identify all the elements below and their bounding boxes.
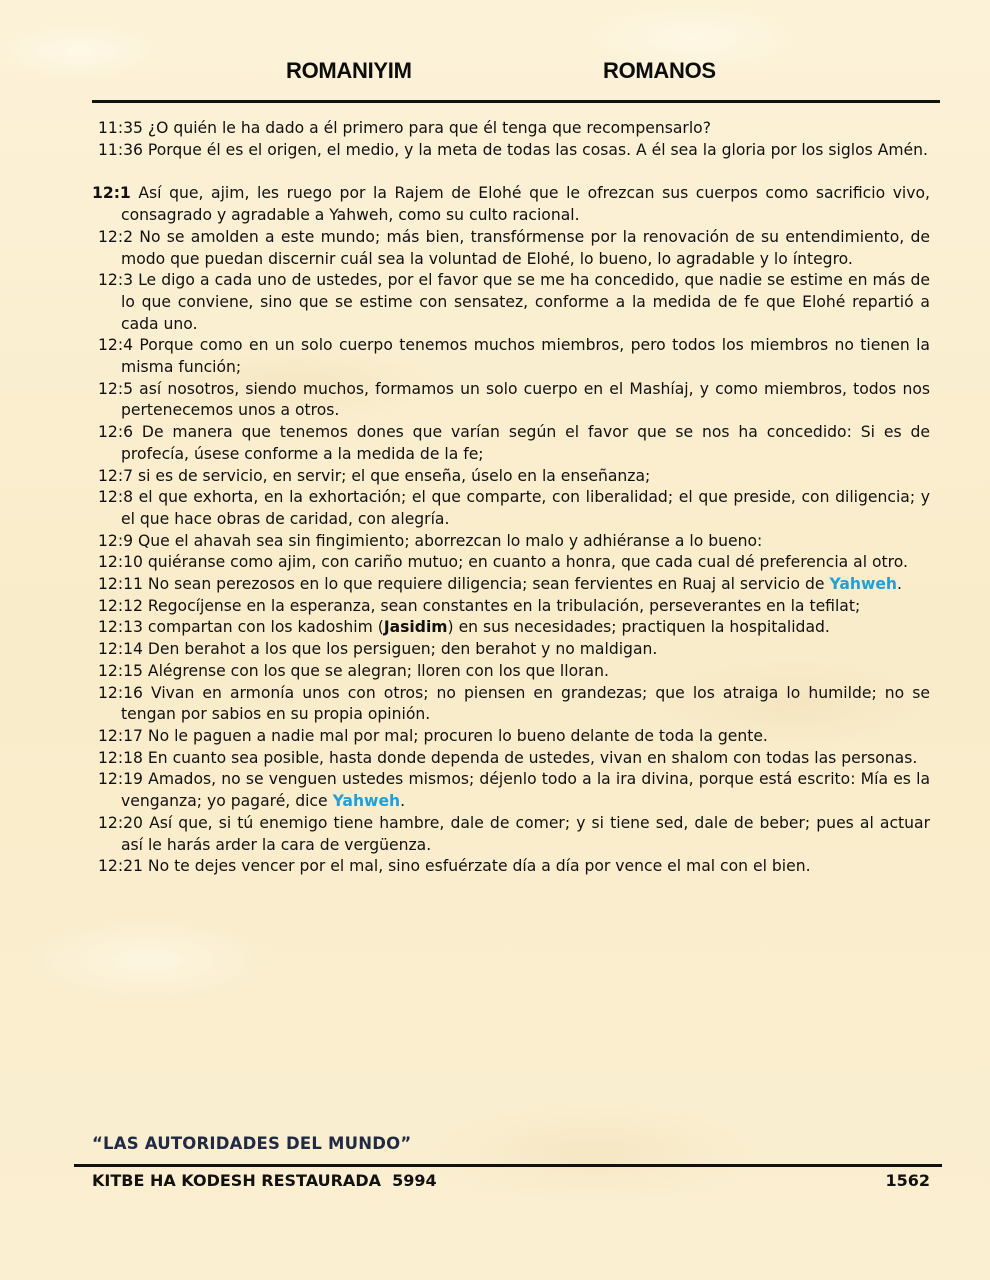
verse-text: Porque él es el origen, el medio, y la m… <box>143 141 928 159</box>
verse-12-18: 12:18 En cuanto sea posible, hasta donde… <box>98 748 930 770</box>
verse-text: Que el ahavah sea sin fingimiento; aborr… <box>133 532 762 550</box>
footer-divider <box>74 1164 942 1167</box>
book-title-hebrew: ROMANIYIM <box>286 58 412 84</box>
verse-12-21: 12:21 No te dejes vencer por el mal, sin… <box>98 856 930 878</box>
verse-ref: 12:7 <box>98 467 133 485</box>
verse-text: De manera que tenemos dones que varían s… <box>121 423 930 463</box>
verse-ref: 11:35 <box>98 119 143 137</box>
verse-ref: 12:14 <box>98 640 143 658</box>
verse-text-end: . <box>897 575 902 593</box>
verse-11-36: 11:36 Porque él es el origen, el medio, … <box>98 140 930 162</box>
verse-12-1: 12:1 Así que, ajim, les ruego por la Raj… <box>92 183 930 226</box>
verse-12-14: 12:14 Den berahot a los que los persigue… <box>98 639 930 661</box>
verse-ref: 12:9 <box>98 532 133 550</box>
verse-12-5: 12:5 así nosotros, siendo muchos, formam… <box>98 379 930 422</box>
verse-12-19: 12:19 Amados, no se venguen ustedes mism… <box>98 769 930 812</box>
header-divider <box>92 100 940 103</box>
verse-12-6: 12:6 De manera que tenemos dones que var… <box>98 422 930 465</box>
footer-book-title: KITBE HA KODESH RESTAURADA 5994 <box>92 1171 437 1190</box>
verse-text: quiéranse como ajim, con cariño mutuo; e… <box>143 553 908 571</box>
verse-12-10: 12:10 quiéranse como ajim, con cariño mu… <box>98 552 930 574</box>
divine-name-highlight: Yahweh <box>829 575 897 593</box>
verse-12-3: 12:3 Le digo a cada uno de ustedes, por … <box>98 270 930 335</box>
verse-ref: 12:13 <box>98 618 143 636</box>
verse-text: En cuanto sea posible, hasta donde depen… <box>143 749 917 767</box>
verse-12-15: 12:15 Alégrense con los que se alegran; … <box>98 661 930 683</box>
verse-text: No se amolden a este mundo; más bien, tr… <box>121 228 930 268</box>
verse-text: así nosotros, siendo muchos, formamos un… <box>121 380 930 420</box>
verse-text: No sean perezosos en lo que requiere dil… <box>143 575 830 593</box>
verse-text: ¿O quién le ha dado a él primero para qu… <box>143 119 711 137</box>
verse-ref: 12:4 <box>98 336 133 354</box>
chapter-start-ref: 12:1 <box>92 184 131 202</box>
verse-12-17: 12:17 No le paguen a nadie mal por mal; … <box>98 726 930 748</box>
verse-ref: 12:18 <box>98 749 143 767</box>
verse-ref: 12:20 <box>98 814 143 832</box>
verse-text-end: . <box>400 792 405 810</box>
verse-ref: 12:15 <box>98 662 143 680</box>
verse-text: Amados, no se venguen ustedes mismos; dé… <box>121 770 930 810</box>
verse-text: si es de servicio, en servir; el que ens… <box>133 467 650 485</box>
verse-text: No le paguen a nadie mal por mal; procur… <box>143 727 768 745</box>
verse-12-9: 12:9 Que el ahavah sea sin fingimiento; … <box>98 531 930 553</box>
verse-ref: 12:12 <box>98 597 143 615</box>
verse-12-13: 12:13 compartan con los kadoshim (Jasidi… <box>98 617 930 639</box>
verse-ref: 12:2 <box>98 228 133 246</box>
page-number: 1562 <box>885 1171 930 1190</box>
verse-11-35: 11:35 ¿O quién le ha dado a él primero p… <box>98 118 930 140</box>
verse-text: No te dejes vencer por el mal, sino esfu… <box>143 857 811 875</box>
emphasis-term: Jasidim <box>384 618 448 636</box>
verse-ref: 12:6 <box>98 423 133 441</box>
verse-ref: 12:16 <box>98 684 143 702</box>
verse-ref: 12:10 <box>98 553 143 571</box>
verse-text: Regocíjense en la esperanza, sean consta… <box>143 597 860 615</box>
verse-text: Porque como en un solo cuerpo tenemos mu… <box>121 336 930 376</box>
verse-12-7: 12:7 si es de servicio, en servir; el qu… <box>98 466 930 488</box>
verse-ref: 11:36 <box>98 141 143 159</box>
verse-text: Le digo a cada uno de ustedes, por el fa… <box>121 271 930 332</box>
verse-12-4: 12:4 Porque como en un solo cuerpo tenem… <box>98 335 930 378</box>
verse-text: el que exhorta, en la exhortación; el qu… <box>121 488 930 528</box>
verse-ref: 12:3 <box>98 271 133 289</box>
verse-text: Alégrense con los que se alegran; lloren… <box>143 662 609 680</box>
verse-text: Así que, si tú enemigo tiene hambre, dal… <box>121 814 930 854</box>
verse-text: compartan con los kadoshim ( <box>143 618 384 636</box>
divine-name-highlight: Yahweh <box>333 792 401 810</box>
verse-12-16: 12:16 Vivan en armonía unos con otros; n… <box>98 683 930 726</box>
verse-ref: 12:8 <box>98 488 133 506</box>
verse-12-8: 12:8 el que exhorta, en la exhortación; … <box>98 487 930 530</box>
verse-ref: 12:17 <box>98 727 143 745</box>
verse-ref: 12:19 <box>98 770 143 788</box>
verse-text: Así que, ajim, les ruego por la Rajem de… <box>121 184 930 224</box>
section-title: “LAS AUTORIDADES DEL MUNDO” <box>92 1134 411 1153</box>
verse-12-2: 12:2 No se amolden a este mundo; más bie… <box>98 227 930 270</box>
verse-ref: 12:21 <box>98 857 143 875</box>
verse-text-end: ) en sus necesidades; practiquen la hosp… <box>448 618 830 636</box>
verse-ref: 12:11 <box>98 575 143 593</box>
page-header: ROMANIYIM ROMANOS <box>92 58 940 88</box>
verse-12-11: 12:11 No sean perezosos en lo que requie… <box>98 574 930 596</box>
verse-12-20: 12:20 Así que, si tú enemigo tiene hambr… <box>98 813 930 856</box>
verse-text: Vivan en armonía unos con otros; no pien… <box>121 684 930 724</box>
verse-text: Den berahot a los que los persiguen; den… <box>143 640 657 658</box>
verse-ref: 12:5 <box>98 380 133 398</box>
scripture-text: 11:35 ¿O quién le ha dado a él primero p… <box>98 118 930 878</box>
verse-12-12: 12:12 Regocíjense en la esperanza, sean … <box>98 596 930 618</box>
book-title-spanish: ROMANOS <box>603 58 716 84</box>
